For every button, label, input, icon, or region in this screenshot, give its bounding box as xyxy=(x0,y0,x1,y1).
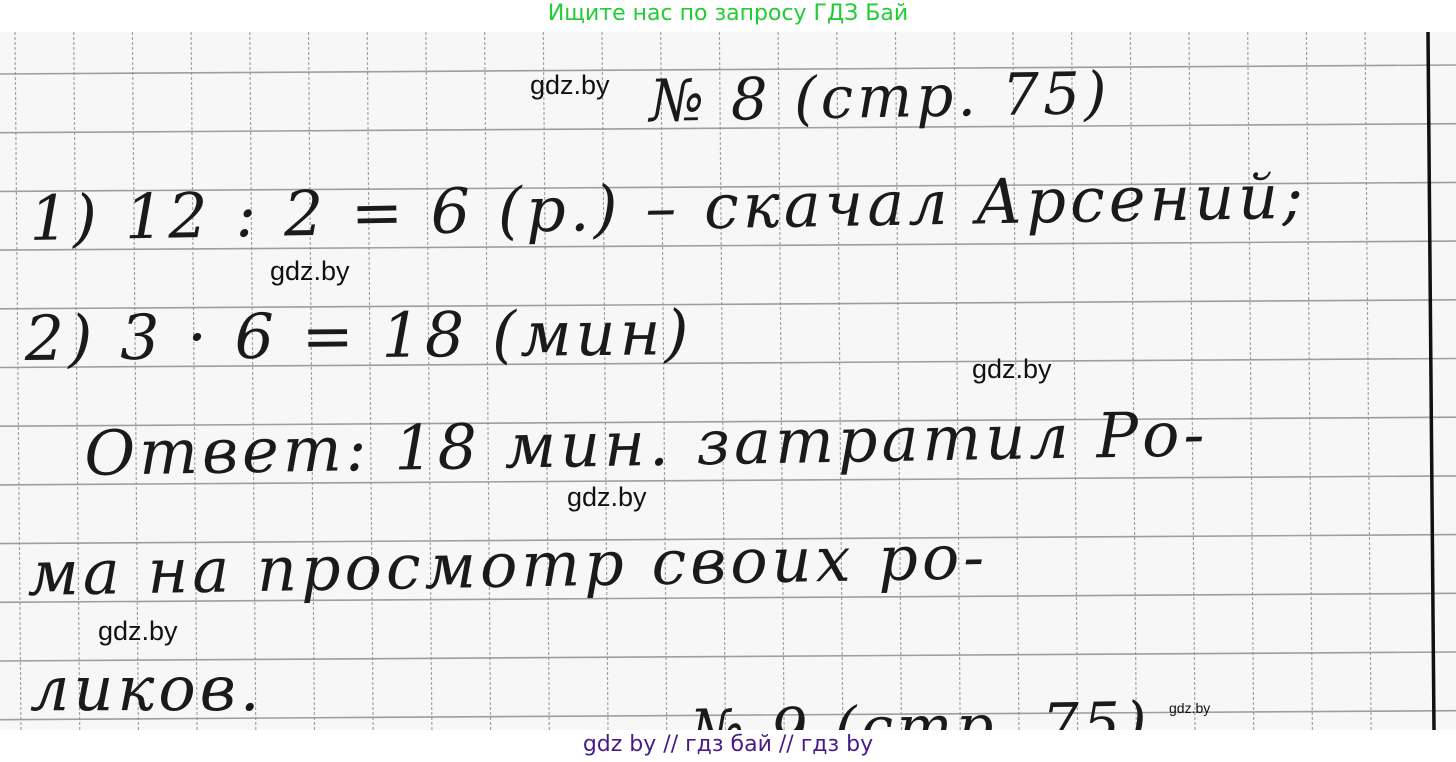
watermark: gdz.by xyxy=(270,256,350,287)
watermark: gdz.by xyxy=(98,616,178,647)
answer-line-3: ликов. xyxy=(30,652,264,725)
next-exercise-title: № 9 (стр. 75) xyxy=(689,689,1151,730)
solution-line-2: 2) 3 · 6 = 18 (мин) xyxy=(24,296,693,375)
watermark: gdz.by xyxy=(567,482,647,513)
notebook-photo: № 8 (стр. 75) 1) 12 : 2 = 6 (р.) – скача… xyxy=(0,32,1456,730)
watermark: gdz.by xyxy=(972,354,1052,385)
notebook-grid xyxy=(0,32,1456,730)
watermark: gdz.by xyxy=(1169,700,1210,716)
search-hint-banner: Ищите нас по запросу ГДЗ Бай xyxy=(0,0,1456,30)
exercise-title: № 8 (стр. 75) xyxy=(649,59,1111,135)
watermark: gdz.by xyxy=(530,70,610,101)
footer-links: gdz by // гдз бай // гдз by xyxy=(0,730,1456,762)
